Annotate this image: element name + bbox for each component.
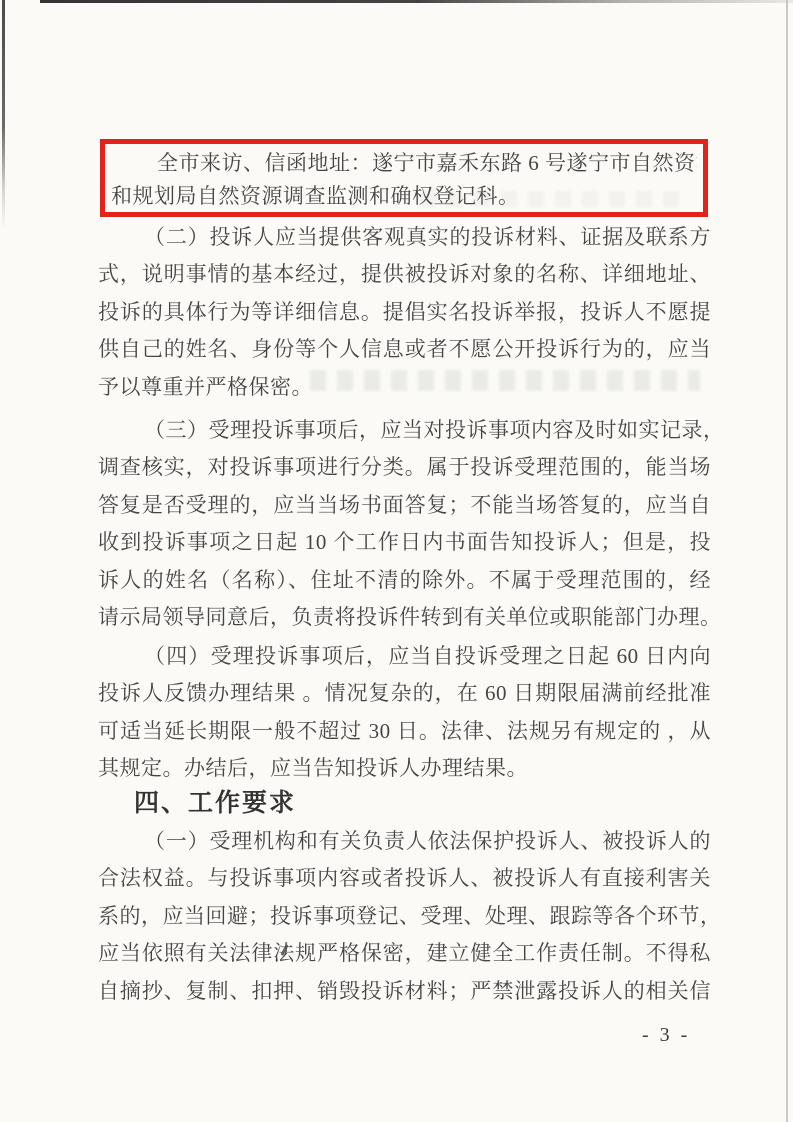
text-line: 予以尊重并严格保密。 [98, 369, 711, 406]
text-line: （四）受理投诉事项后，应当自投诉受理之日起 60 日内向 [98, 638, 711, 675]
text-line: （三）受理投诉事项后，应当对投诉事项内容及时如实记录， [98, 412, 711, 449]
text-line: 请示局领导同意后，负责将投诉件转到有关单位或职能部门办理。 [98, 599, 711, 636]
text-line: 诉人的姓名（名称）、住址不清的除外。不属于受理范围的，经 [98, 562, 711, 599]
text-line: 合法权益。与投诉事项内容或者投诉人、被投诉人有直接利害关 [98, 860, 711, 897]
section-heading-wrap: 四、工作要求 [98, 787, 711, 819]
scan-right-edge-artifact [786, 0, 788, 1122]
text-line: 应当依照有关法律法规严格保密，建立健全工作责任制。不得私 [98, 935, 711, 972]
text-line: 调查核实，对投诉事项进行分类。属于投诉受理范围的，能当场 [98, 449, 711, 486]
text-line: 可适当延长期限一般不超过 30 日。法律、法规另有规定的 ，从 [98, 713, 711, 750]
text-line: 收到投诉事项之日起 10 个工作日内书面告知投诉人；但是，投 [98, 524, 711, 561]
text-line: （一）受理机构和有关负责人依法保护投诉人、被投诉人的 [98, 823, 711, 860]
page-number: - 3 - [642, 1024, 690, 1047]
text-line: 投诉人反馈办理结果 。情况复杂的，在 60 日期限届满前经批准 [98, 675, 711, 712]
document-page: 全市来访、信函地址：遂宁市嘉禾东路 6 号遂宁市自然资源和规划局自然资源调查监测… [0, 0, 793, 1122]
text-line: （二）投诉人应当提供客观真实的投诉材料、证据及联系方 [98, 219, 711, 256]
text-line: 式，说明事情的基本经过，提供被投诉对象的名称、详细地址、 [98, 256, 711, 293]
text-line: 全市来访、信函地址：遂宁市嘉禾东路 6 号遂宁市自然资源 [111, 147, 697, 180]
text-line: 和规划局自然资源调查监测和确权登记科。 [111, 180, 697, 213]
text-line: 供自己的姓名、身份等个人信息或者不愿公开投诉行为的，应当 [98, 331, 711, 368]
paragraph-3: （三）受理投诉事项后，应当对投诉事项内容及时如实记录，调查核实，对投诉事项进行分… [98, 412, 711, 636]
scan-top-edge-artifact [40, 0, 793, 3]
paragraph-4: （四）受理投诉事项后，应当自投诉受理之日起 60 日内向投诉人反馈办理结果 。情… [98, 638, 711, 788]
text-line: 答复是否受理的，应当当场书面答复；不能当场答复的，应当自 [98, 487, 711, 524]
text-line: 自摘抄、复制、扣押、销毁投诉材料；严禁泄露投诉人的相关信 [98, 973, 711, 1010]
section-heading: 四、工作要求 [98, 787, 711, 819]
text-line: 其规定。办结后，应当告知投诉人办理结果。 [98, 750, 711, 787]
text-line: 投诉的具体行为等详细信息。提倡实名投诉举报，投诉人不愿提 [98, 294, 711, 331]
text-line: 系的，应当回避；投诉事项登记、受理、处理、跟踪等各个环节， [98, 898, 711, 935]
paragraph-5: （一）受理机构和有关负责人依法保护投诉人、被投诉人的合法权益。与投诉事项内容或者… [98, 823, 711, 1010]
paragraph-2: （二）投诉人应当提供客观真实的投诉材料、证据及联系方式，说明事情的基本经过，提供… [98, 219, 711, 406]
red-annotation-box: 全市来访、信函地址：遂宁市嘉禾东路 6 号遂宁市自然资源和规划局自然资源调查监测… [100, 139, 708, 217]
scan-left-edge-artifact [2, 0, 5, 230]
